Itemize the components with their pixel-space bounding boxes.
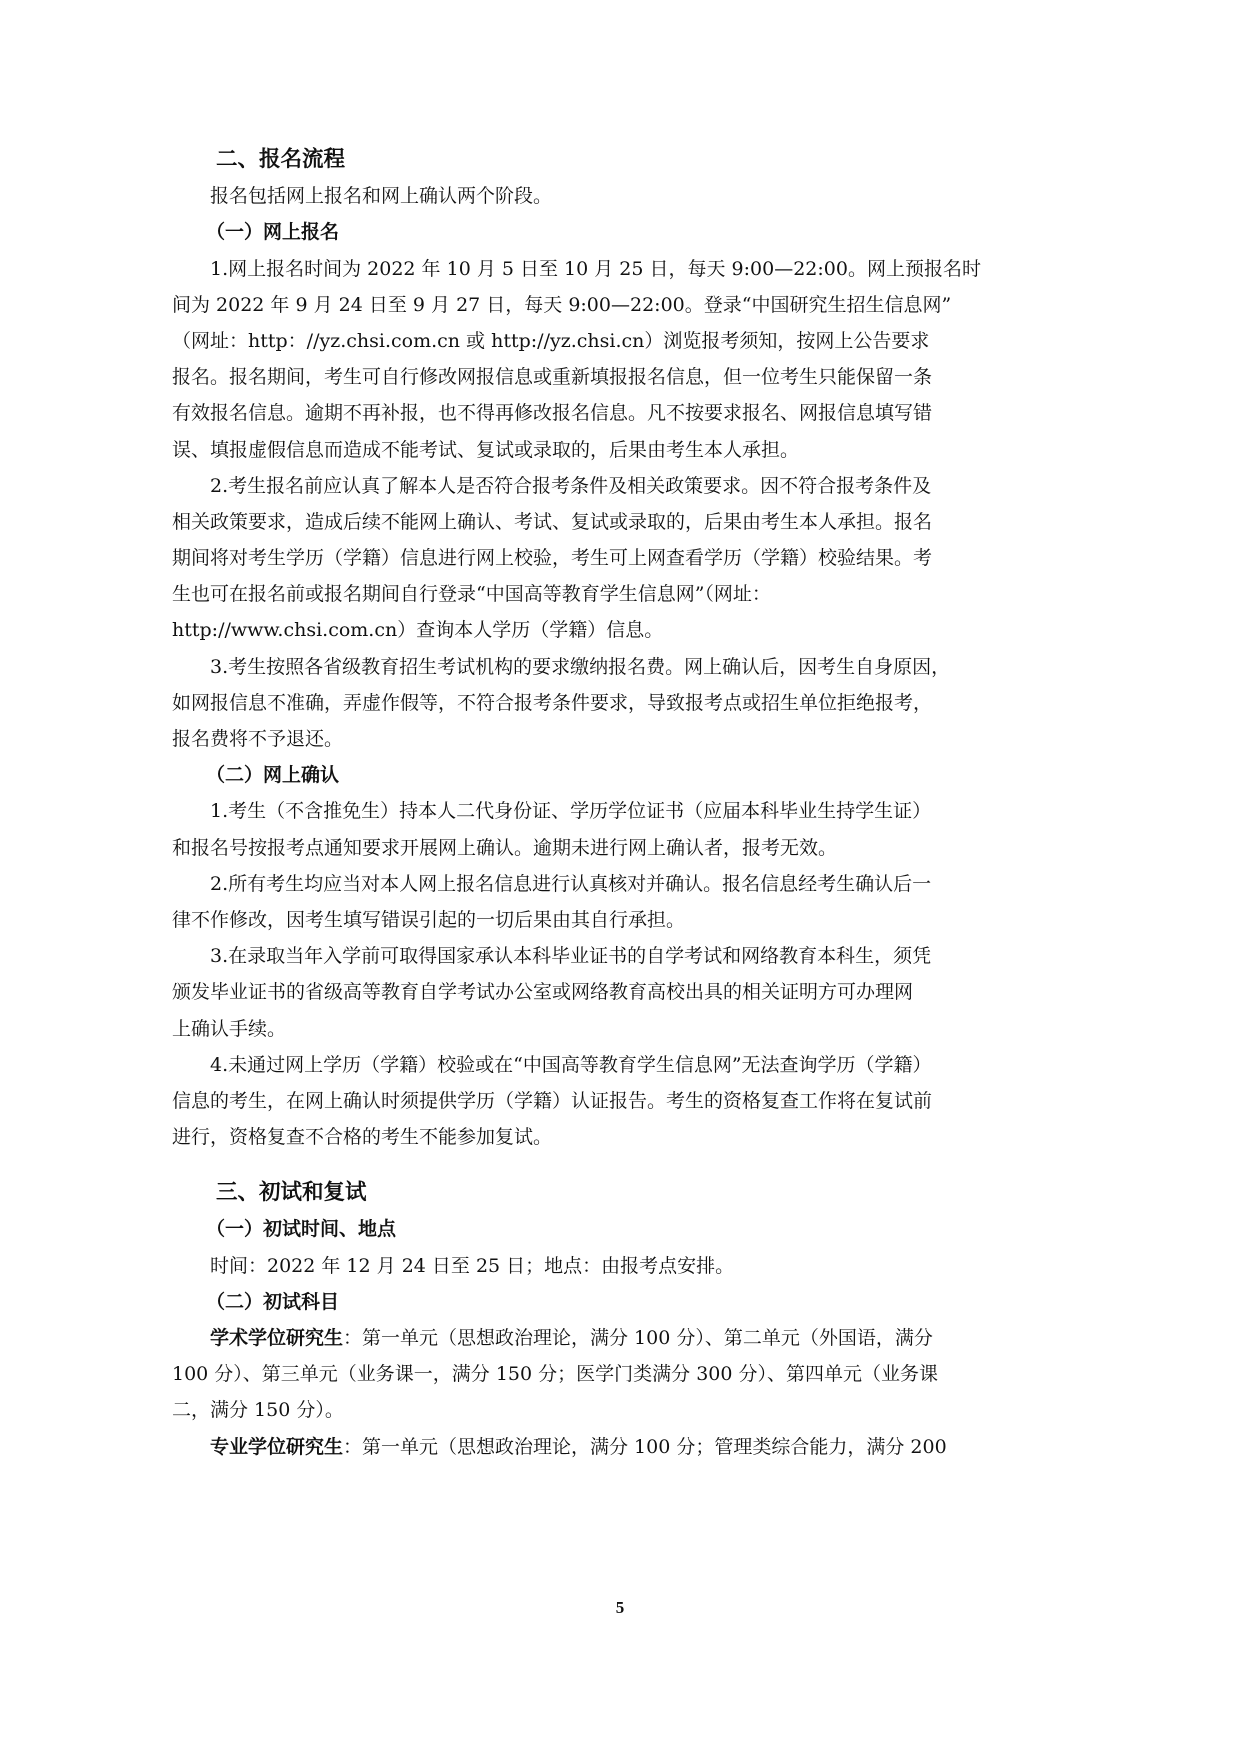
paragraph-line: 上确认手续。 [172,1011,1050,1047]
paragraph-line: 间为 2022 年 9 月 24 日至 9 月 27 日，每天 9:00—22:… [172,287,1050,323]
paragraph-line: 律不作修改，因考生填写错误引起的一切后果由其自行承担。 [172,902,1050,938]
paragraph-line: 误、填报虚假信息而造成不能考试、复试或录取的，后果由考生本人承担。 [172,432,1050,468]
subsection-heading: （二）网上确认 [172,757,1050,793]
paragraph-line: 1.考生（不含推免生）持本人二代身份证、学历学位证书（应届本科毕业生持学生证） [172,793,1050,829]
section-heading: 三、初试和复试 [172,1175,1050,1211]
subsection-heading: （一）网上报名 [172,214,1050,250]
page-number: 5 [0,1598,1240,1618]
paragraph-line: 100 分）、第三单元（业务课一，满分 150 分；医学门类满分 300 分）、… [172,1356,1050,1392]
paragraph: 报名包括网上报名和网上确认两个阶段。 [172,178,1050,214]
academic-degree-label: 学术学位研究生 [210,1327,343,1349]
paragraph-line: 学术学位研究生：第一单元（思想政治理论，满分 100 分）、第二单元（外国语，满… [172,1320,1050,1356]
paragraph-line: 进行，资格复查不合格的考生不能参加复试。 [172,1119,1050,1155]
paragraph-line: 3.在录取当年入学前可取得国家承认本科毕业证书的自学考试和网络教育本科生，须凭 [172,938,1050,974]
paragraph-line: http://www.chsi.com.cn）查询本人学历（学籍）信息。 [172,612,1050,648]
paragraph-line: 时间：2022 年 12 月 24 日至 25 日；地点：由报考点安排。 [172,1248,1050,1284]
paragraph-line: 3.考生按照各省级教育招生考试机构的要求缴纳报名费。网上确认后，因考生自身原因， [172,649,1050,685]
section-heading: 二、报名流程 [172,142,1050,178]
paragraph-line: 相关政策要求，造成后续不能网上确认、考试、复试或录取的，后果由考生本人承担。报名 [172,504,1050,540]
subsection-heading: （一）初试时间、地点 [172,1211,1050,1247]
paragraph-line: 2.所有考生均应当对本人网上报名信息进行认真核对并确认。报名信息经考生确认后一 [172,866,1050,902]
paragraph-line: 如网报信息不准确，弄虚作假等，不符合报考条件要求，导致报考点或招生单位拒绝报考， [172,685,1050,721]
paragraph-line: 和报名号按报考点通知要求开展网上确认。逾期未进行网上确认者，报考无效。 [172,830,1050,866]
paragraph-line: 4.未通过网上学历（学籍）校验或在“中国高等教育学生信息网”无法查询学历（学籍） [172,1047,1050,1083]
paragraph-line: （网址：http：//yz.chsi.com.cn 或 http://yz.ch… [172,323,1050,359]
paragraph-line: 二，满分 150 分）。 [172,1392,1050,1428]
paragraph-line: 期间将对考生学历（学籍）信息进行网上校验，考生可上网查看学历（学籍）校验结果。考 [172,540,1050,576]
paragraph-line: 颁发毕业证书的省级高等教育自学考试办公室或网络教育高校出具的相关证明方可办理网 [172,974,1050,1010]
paragraph-line: 报名费将不予退还。 [172,721,1050,757]
paragraph-line: 报名。报名期间，考生可自行修改网报信息或重新填报报名信息，但一位考生只能保留一条 [172,359,1050,395]
paragraph-line: 信息的考生，在网上确认时须提供学历（学籍）认证报告。考生的资格复查工作将在复试前 [172,1083,1050,1119]
paragraph-line: 1.网上报名时间为 2022 年 10 月 5 日至 10 月 25 日，每天 … [172,251,1050,287]
professional-degree-label: 专业学位研究生 [210,1436,343,1458]
paragraph-line: 2.考生报名前应认真了解本人是否符合报考条件及相关政策要求。因不符合报考条件及 [172,468,1050,504]
paragraph-line: 有效报名信息。逾期不再补报，也不得再修改报名信息。凡不按要求报名、网报信息填写错 [172,395,1050,431]
document-page: 二、报名流程 报名包括网上报名和网上确认两个阶段。 （一）网上报名 1.网上报名… [172,142,1050,1465]
subsection-heading: （二）初试科目 [172,1284,1050,1320]
paragraph-line: 生也可在报名前或报名期间自行登录“中国高等教育学生信息网”（网址： [172,576,1050,612]
paragraph-line: 专业学位研究生：第一单元（思想政治理论，满分 100 分；管理类综合能力，满分 … [172,1429,1050,1465]
